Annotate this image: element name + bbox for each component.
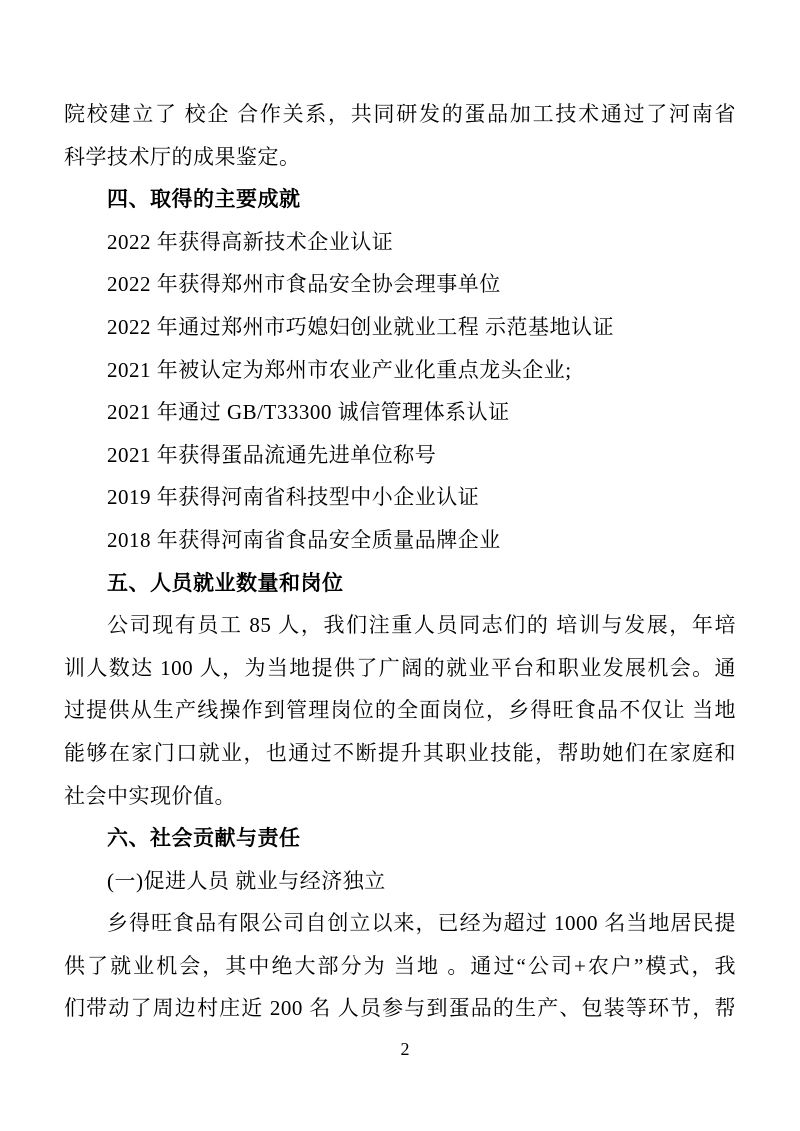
paragraph-line: 训人数达 100 人，为当地提供了广阔的就业平台和职业发展机会。通 [64, 647, 736, 690]
paragraph-continuation-line: 院校建立了 校企 合作关系，共同研发的蛋品加工技术通过了河南省 [64, 93, 736, 136]
page-number: 2 [0, 1038, 800, 1060]
paragraph-line: 供了就业机会，其中绝大部分为 当地 。通过“公司+农户”模式，我 [64, 945, 736, 988]
achievement-item: 2022 年获得郑州市食品安全协会理事单位 [64, 263, 736, 306]
achievement-item: 2021 年获得蛋品流通先进单位称号 [64, 434, 736, 477]
paragraph-line: 科学技术厅的成果鉴定。 [64, 136, 736, 179]
section-4-heading: 四、取得的主要成就 [64, 178, 736, 221]
section-5-heading: 五、人员就业数量和岗位 [64, 562, 736, 605]
paragraph-line: 们带动了周边村庄近 200 名 人员参与到蛋品的生产、包装等环节，帮 [64, 987, 736, 1030]
paragraph-line: 过提供从生产线操作到管理岗位的全面岗位，乡得旺食品不仅让 当地 [64, 689, 736, 732]
achievement-item: 2019 年获得河南省科技型中小企业认证 [64, 476, 736, 519]
achievement-item: 2021 年被认定为郑州市农业产业化重点龙头企业; [64, 349, 736, 392]
document-page: 院校建立了 校企 合作关系，共同研发的蛋品加工技术通过了河南省 科学技术厅的成果… [0, 0, 800, 1131]
section-6-heading: 六、社会贡献与责任 [64, 817, 736, 860]
achievement-item: 2018 年获得河南省食品安全质量品牌企业 [64, 519, 736, 562]
paragraph-line: 社会中实现价值。 [64, 775, 736, 818]
paragraph-line: 公司现有员工 85 人，我们注重人员同志们的 培训与发展，年培 [64, 604, 736, 647]
achievement-item: 2022 年获得高新技术企业认证 [64, 221, 736, 264]
achievement-item: 2022 年通过郑州市巧媳妇创业就业工程 示范基地认证 [64, 306, 736, 349]
paragraph-line: 能够在家门口就业，也通过不断提升其职业技能，帮助她们在家庭和 [64, 732, 736, 775]
achievement-item: 2021 年通过 GB/T33300 诚信管理体系认证 [64, 391, 736, 434]
document-body: 院校建立了 校企 合作关系，共同研发的蛋品加工技术通过了河南省 科学技术厅的成果… [64, 93, 736, 1030]
paragraph-line: 乡得旺食品有限公司自创立以来，已经为超过 1000 名当地居民提 [64, 902, 736, 945]
subsection-1-heading: (一)促进人员 就业与经济独立 [64, 860, 736, 903]
